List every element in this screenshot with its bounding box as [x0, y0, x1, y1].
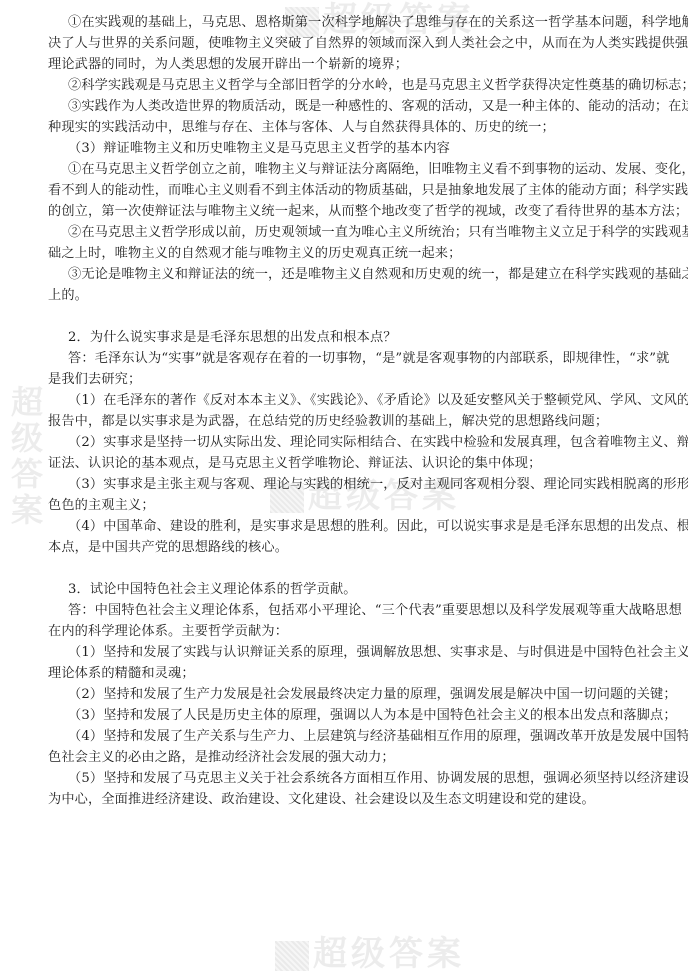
section-practice-view: ①在实践观的基础上，马克思、恩格斯第一次科学地解决了思维与存在的关系这一哲学基本…	[48, 12, 644, 306]
paragraph-line: ②在马克思主义哲学形成以前，历史观领域一直为唯心主义所统治；只有当唯物主义立足于…	[48, 222, 644, 243]
spacer	[48, 306, 644, 327]
paragraph-line: ①在马克思主义哲学创立之前，唯物主义与辩证法分离隔绝，旧唯物主义看不到事物的运动…	[48, 159, 644, 180]
question-title: 3．试论中国特色社会主义理论体系的哲学贡献。	[48, 579, 644, 600]
answer-line: 答：毛泽东认为“实事”就是客观存在着的一切事物，“是”就是客观事物的内部联系，即…	[48, 348, 644, 369]
answer-line: 证法、认识论的基本观点，是马克思主义哲学唯物论、辩证法、认识论的集中体现；	[48, 453, 644, 474]
paragraph-line: ②科学实践观是马克思主义哲学与全部旧哲学的分水岭，也是马克思主义哲学获得决定性奠…	[48, 75, 644, 96]
answer-line: （1）坚持和发展了实践与认识辩证关系的原理，强调解放思想、实事求是、与时俱进是中…	[48, 642, 644, 663]
watermark-side: 超级答案	[2, 385, 48, 529]
watermark-bottom: 超级答案	[275, 926, 465, 974]
answer-line: （5）坚持和发展了马克思主义关于社会系统各方面相互作用、协调发展的思想，强调必须…	[48, 768, 644, 789]
answer-line: （2）实事求是坚持一切从实际出发、理论同实际相结合、在实践中检验和发展真理，包含…	[48, 432, 644, 453]
paragraph-line: 看不到人的能动性，而唯心主义则看不到主体活动的物质基础，只是抽象地发展了主体的能…	[48, 180, 644, 201]
paragraph-line: ③实践作为人类改造世界的物质活动，既是一种感性的、客观的活动，又是一种主体的、能…	[48, 96, 644, 117]
watermark-logo-icon	[275, 941, 309, 971]
answer-line: （3）坚持和发展了人民是历史主体的原理，强调以人为本是中国特色社会主义的根本出发…	[48, 705, 644, 726]
paragraph-line: 决了人与世界的关系问题，使唯物主义突破了自然界的领域而深入到人类社会之中，从而在…	[48, 33, 644, 54]
paragraph-line: 种现实的实践活动中，思维与存在、主体与客体、人与自然获得具体的、历史的统一；	[48, 117, 644, 138]
answer-line: （4）坚持和发展了生产关系与生产力、上层建筑与经济基础相互作用的原理，强调改革开…	[48, 726, 644, 747]
paragraph-line: 理论武器的同时，为人类思想的发展开辟出一个崭新的境界；	[48, 54, 644, 75]
answer-line: 色色的主观主义；	[48, 495, 644, 516]
answer-line: （4）中国革命、建设的胜利，是实事求是思想的胜利。因此，可以说实事求是是毛泽东思…	[48, 516, 644, 537]
paragraph-line: 上的。	[48, 285, 644, 306]
answer-line: （2）坚持和发展了生产力发展是社会发展最终决定力量的原理，强调发展是解决中国一切…	[48, 684, 644, 705]
answer-line: 色社会主义的必由之路，是推动经济社会发展的强大动力；	[48, 747, 644, 768]
answer-line: （1）在毛泽东的著作《反对本本主义》、《实践论》、《矛盾论》以及延安整风关于整顿…	[48, 390, 644, 411]
spacer	[48, 558, 644, 579]
answer-line: 是我们去研究；	[48, 369, 644, 390]
paragraph-line: 的创立，第一次使辩证法与唯物主义统一起来，从而整个地改变了哲学的视域，改变了看待…	[48, 201, 644, 222]
answer-line: 报告中，都是以实事求是为武器，在总结党的历史经验教训的基础上，解决党的思想路线问…	[48, 411, 644, 432]
answer-line: 答：中国特色社会主义理论体系，包括邓小平理论、“三个代表”重要思想以及科学发展观…	[48, 600, 644, 621]
document-page: ①在实践观的基础上，马克思、恩格斯第一次科学地解决了思维与存在的关系这一哲学基本…	[48, 12, 644, 810]
answer-line: （3）实事求是主张主观与客观、理论与实践的相统一，反对主观同客观相分裂、理论同实…	[48, 474, 644, 495]
question-3: 3．试论中国特色社会主义理论体系的哲学贡献。 答：中国特色社会主义理论体系，包括…	[48, 579, 644, 810]
answer-line: 本点，是中国共产党的思想路线的核心。	[48, 537, 644, 558]
subheading: （3）辩证唯物主义和历史唯物主义是马克思主义哲学的基本内容	[48, 138, 644, 159]
answer-line: 为中心，全面推进经济建设、政治建设、文化建设、社会建设以及生态文明建设和党的建设…	[48, 789, 644, 810]
paragraph-line: ①在实践观的基础上，马克思、恩格斯第一次科学地解决了思维与存在的关系这一哲学基本…	[48, 12, 644, 33]
paragraph-line: ③无论是唯物主义和辩证法的统一，还是唯物主义自然观和历史观的统一，都是建立在科学…	[48, 264, 644, 285]
question-2: 2．为什么说实事求是是毛泽东思想的出发点和根本点？ 答：毛泽东认为“实事”就是客…	[48, 327, 644, 558]
paragraph-line: 础之上时，唯物主义的自然观才能与唯物主义的历史观真正统一起来；	[48, 243, 644, 264]
answer-line: 在内的科学理论体系。主要哲学贡献为：	[48, 621, 644, 642]
answer-line: 理论体系的精髓和灵魂；	[48, 663, 644, 684]
question-title: 2．为什么说实事求是是毛泽东思想的出发点和根本点？	[48, 327, 644, 348]
